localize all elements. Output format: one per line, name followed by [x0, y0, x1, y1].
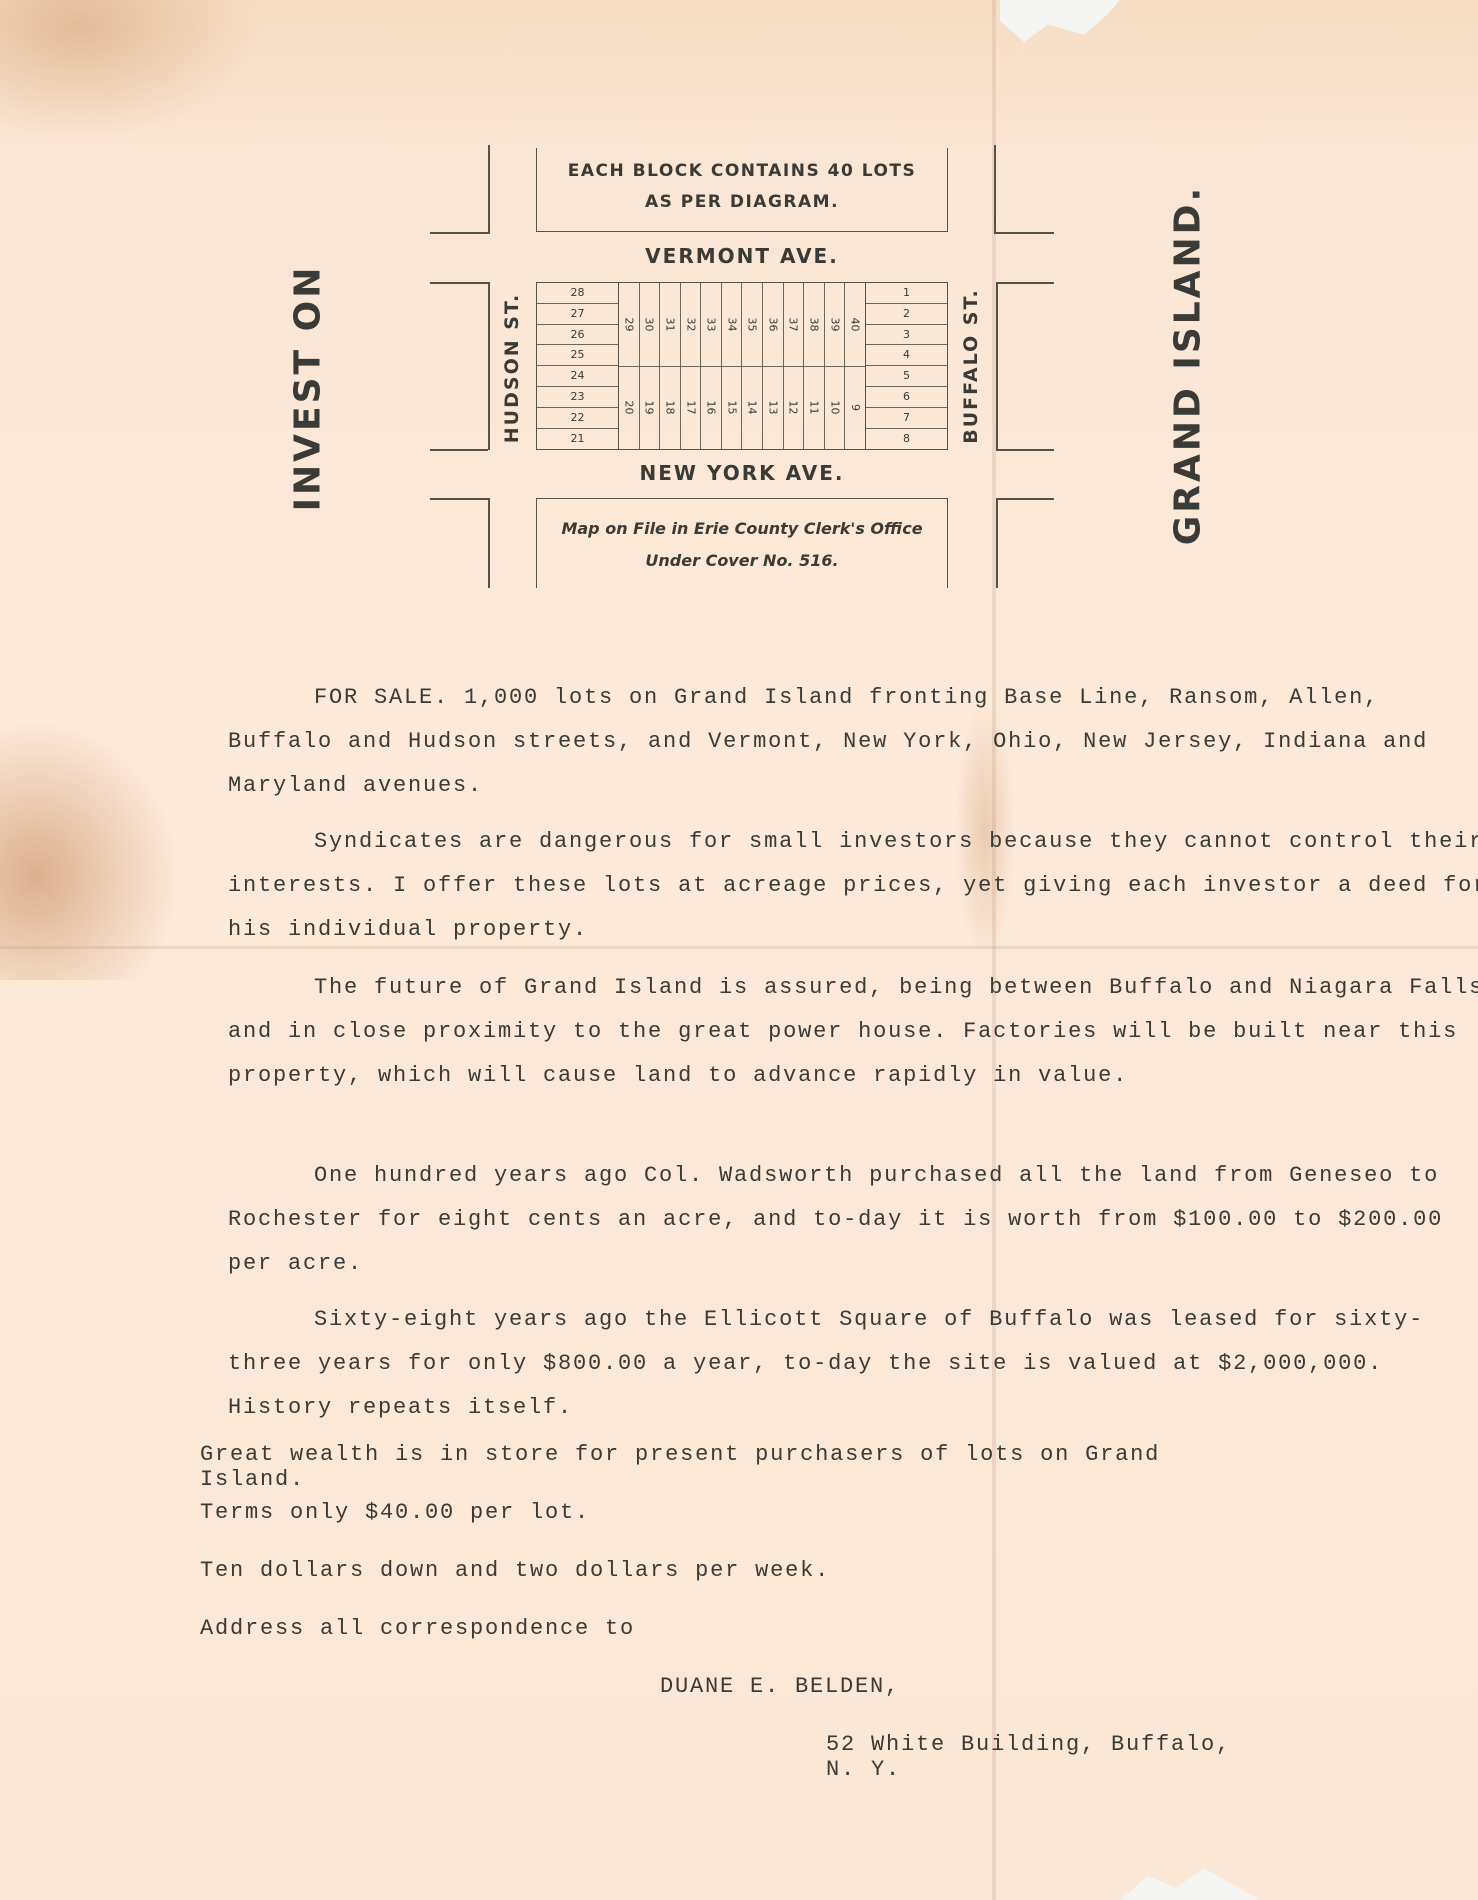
block-edge — [430, 498, 488, 500]
lot: 29 — [622, 318, 635, 332]
street-hudson-st: HUDSON ST. — [501, 293, 523, 443]
lot: 18 — [663, 401, 676, 415]
lot: 14 — [746, 401, 759, 415]
invest-on-label: INVEST ON — [288, 265, 329, 512]
block-edge — [430, 232, 490, 234]
lot: 5 — [866, 366, 947, 387]
map-file-note-line-2: Under Cover No. 516. — [537, 545, 947, 577]
block-edge — [996, 498, 998, 588]
lot: 25 — [537, 345, 618, 366]
block-edge — [994, 232, 1054, 234]
block-edge — [996, 449, 1054, 451]
lot: 21 — [537, 429, 618, 450]
lot: 35 — [746, 318, 759, 332]
stain — [0, 720, 180, 980]
lot: 4 — [866, 345, 947, 366]
lot: 7 — [866, 408, 947, 429]
block-note-line-2: AS PER DIAGRAM. — [537, 187, 947, 218]
lot-column-left: 28 27 26 25 24 23 22 21 — [537, 283, 619, 449]
block-edge — [488, 145, 490, 233]
street-vermont-ave: VERMONT AVE. — [536, 244, 948, 268]
lot: 36 — [766, 318, 779, 332]
lot: 12 — [787, 401, 800, 415]
lot: 27 — [537, 304, 618, 325]
lot: 37 — [787, 318, 800, 332]
lot: 30 — [643, 318, 656, 332]
lot: 16 — [705, 401, 718, 415]
lot-columns-middle: 2920 3019 3118 3217 3316 3415 3514 3613 … — [619, 283, 865, 449]
lot: 23 — [537, 387, 618, 408]
lot: 15 — [725, 401, 738, 415]
lot: 6 — [866, 387, 947, 408]
lot: 40 — [849, 318, 862, 332]
lot: 19 — [643, 401, 656, 415]
block-edge — [488, 282, 490, 450]
address-intro-line: Address all correspondence to — [200, 1616, 635, 1641]
lot: 28 — [537, 283, 618, 304]
block-note-line-1: EACH BLOCK CONTAINS 40 LOTS — [537, 156, 947, 187]
map-file-note-line-1: Map on File in Erie County Clerk's Offic… — [537, 513, 947, 545]
lot: 10 — [828, 401, 841, 415]
lot: 22 — [537, 408, 618, 429]
lot-diagram: 28 27 26 25 24 23 22 21 2920 3019 3118 3… — [536, 282, 948, 450]
paragraph-ellicott: Sixty-eight years ago the Ellicott Squar… — [228, 1298, 1478, 1430]
block-edge — [430, 449, 488, 451]
lot: 2 — [866, 304, 947, 325]
block-note: EACH BLOCK CONTAINS 40 LOTS AS PER DIAGR… — [536, 148, 948, 232]
lot: 1 — [866, 283, 947, 304]
lot: 17 — [684, 401, 697, 415]
lot-column-right: 1 2 3 4 5 6 7 8 — [865, 283, 947, 449]
lot: 11 — [807, 401, 820, 415]
paragraph-wadsworth: One hundred years ago Col. Wadsworth pur… — [228, 1154, 1478, 1286]
stain — [0, 0, 260, 140]
lot: 24 — [537, 366, 618, 387]
block-edge — [996, 282, 998, 450]
grand-island-label: GRAND ISLAND. — [1168, 185, 1209, 546]
paragraph-syndicates: Syndicates are dangerous for small inves… — [228, 820, 1478, 952]
block-edge — [996, 282, 1054, 284]
lot: 3 — [866, 325, 947, 346]
wealth-line: Great wealth is in store for present pur… — [200, 1442, 1260, 1492]
lot: 38 — [807, 318, 820, 332]
paragraph-for-sale: FOR SALE. 1,000 lots on Grand Island fro… — [228, 676, 1478, 808]
block-edge — [996, 498, 1054, 500]
block-edge — [488, 498, 490, 588]
lot: 31 — [663, 318, 676, 332]
lot: 8 — [866, 429, 947, 450]
lot: 13 — [766, 401, 779, 415]
terms-line: Terms only $40.00 per lot. — [200, 1500, 590, 1525]
signature-name: DUANE E. BELDEN, — [660, 1674, 900, 1699]
lot: 34 — [725, 318, 738, 332]
street-new-york-ave: NEW YORK AVE. — [536, 461, 948, 485]
map-file-note: Map on File in Erie County Clerk's Offic… — [536, 498, 948, 588]
payment-line: Ten dollars down and two dollars per wee… — [200, 1558, 830, 1583]
block-edge — [994, 145, 996, 233]
lot: 9 — [849, 404, 862, 411]
lot: 20 — [622, 401, 635, 415]
lot: 32 — [684, 318, 697, 332]
block-edge — [430, 282, 488, 284]
street-buffalo-st: BUFFALO ST. — [960, 288, 982, 444]
lot: 39 — [828, 318, 841, 332]
paragraph-future: The future of Grand Island is assured, b… — [228, 966, 1478, 1098]
signature-address: 52 White Building, Buffalo, N. Y. — [826, 1732, 1260, 1782]
lot: 33 — [705, 318, 718, 332]
lot: 26 — [537, 325, 618, 346]
